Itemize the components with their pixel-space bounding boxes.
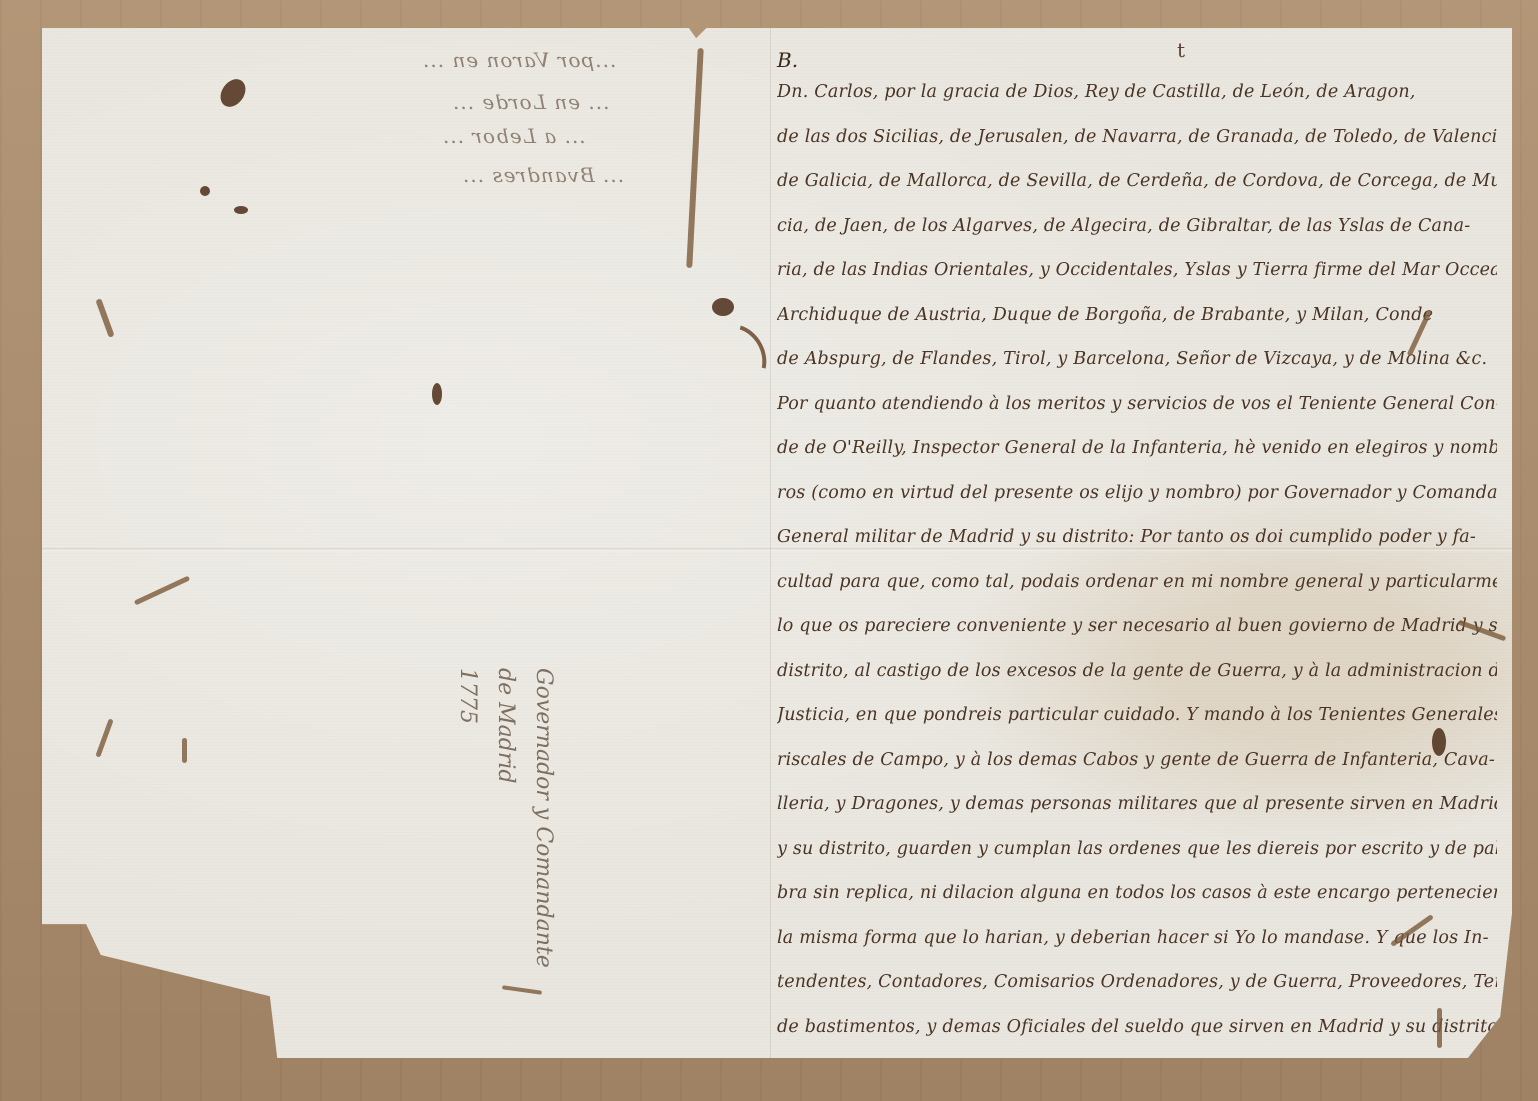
text-line: riscales de Campo, y à los demas Cabos y…: [777, 738, 1497, 783]
endorsement-line: de Madrid: [486, 668, 524, 968]
text-line: Dn. Carlos, por la gracia de Dios, Rey d…: [777, 70, 1497, 115]
text-line: de las dos Sicilias, de Jerusalen, de Na…: [777, 115, 1497, 160]
main-text-block: Dn. Carlos, por la gracia de Dios, Rey d…: [777, 70, 1497, 1094]
worm-damage: [134, 576, 190, 606]
left-panel-verso: ...por Varon en ... ... en Lorde ... ...…: [42, 28, 770, 1058]
vertical-endorsement: Governador y Comandante de Madrid 1775: [448, 668, 562, 968]
text-line: General militar de Madrid y su distrito:…: [777, 515, 1497, 560]
text-line: Archiduque de Austria, Duque de Borgoña,…: [777, 293, 1497, 338]
ink-stain: [200, 186, 210, 196]
text-line: bra sin replica, ni dilacion alguna en t…: [777, 871, 1497, 916]
worm-damage: [182, 738, 187, 763]
vertical-fold-line: [770, 28, 772, 1058]
bleed-through-line: ... a Lebor ...: [442, 124, 586, 148]
worm-damage: [95, 718, 113, 757]
text-line: de Galicia, de Mallorca, de Sevilla, de …: [777, 159, 1497, 204]
text-line: de bastimentos, y demas Oficiales del su…: [777, 1005, 1497, 1050]
worm-damage: [249, 1009, 269, 1053]
text-line: ros (como en virtud del presente os elij…: [777, 471, 1497, 516]
ink-stain: [215, 74, 250, 111]
bleed-through-line: ...por Varon en ...: [422, 48, 616, 72]
text-line: ria, de las Indias Orientales, y Occiden…: [777, 248, 1497, 293]
worm-damage: [502, 985, 542, 995]
manuscript-sheet: ...por Varon en ... ... en Lorde ... ...…: [42, 28, 1512, 1058]
ink-stain: [1432, 728, 1446, 756]
endorsement-line: 1775: [448, 668, 486, 968]
ink-stain: [234, 206, 248, 214]
text-line: cultad para que, como tal, podais ordena…: [777, 560, 1497, 605]
text-line: os den, como lo ordeno y mando, todas la…: [777, 1049, 1497, 1094]
worm-damage: [1437, 1008, 1442, 1048]
text-line: tendentes, Contadores, Comisarios Ordena…: [777, 960, 1497, 1005]
central-tear: [686, 48, 704, 268]
text-line: distrito, al castigo de los excesos de l…: [777, 649, 1497, 694]
text-line: la misma forma que lo harian, y deberian…: [777, 916, 1497, 961]
bleed-through-line: ... Bvandres ...: [462, 163, 624, 187]
text-line: de Abspurg, de Flandes, Tirol, y Barcelo…: [777, 337, 1497, 382]
text-line: Por quanto atendiendo à los meritos y se…: [777, 382, 1497, 427]
text-line: lleria, y Dragones, y demas personas mil…: [777, 782, 1497, 827]
ink-stain: [712, 298, 734, 316]
right-panel-recto: B. t Dn. Carlos, por la gracia de Dios, …: [777, 48, 1497, 1048]
text-line: cia, de Jaen, de los Algarves, de Algeci…: [777, 204, 1497, 249]
text-line: y su distrito, guarden y cumplan las ord…: [777, 827, 1497, 872]
endorsement-line: Governador y Comandante: [524, 668, 562, 968]
ink-stain: [432, 383, 442, 405]
corner-mark: B.: [777, 48, 798, 72]
bleed-through-line: ... en Lorde ...: [452, 90, 609, 114]
text-line: Justicia, en que pondreis particular cui…: [777, 693, 1497, 738]
text-line: de de O'Reilly, Inspector General de la …: [777, 426, 1497, 471]
worm-damage: [95, 298, 114, 338]
worm-damage: [694, 313, 778, 401]
text-line: lo que os pareciere conveniente y ser ne…: [777, 604, 1497, 649]
cross-mark: t: [1177, 38, 1185, 62]
